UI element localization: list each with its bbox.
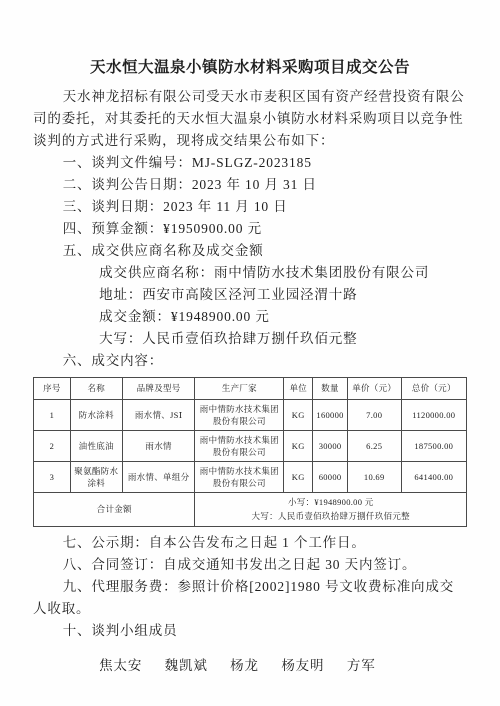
clause-notice-date: 二、谈判公告日期：2023 年 10 月 31 日 — [33, 174, 467, 196]
col-header-total-price: 总价（元） — [401, 378, 466, 400]
clause-content-heading: 六、成交内容： — [33, 350, 467, 372]
cell-unit-price: 10.69 — [347, 462, 401, 493]
cell-manufacturer: 雨中情防水技术集团股份有限公司 — [195, 400, 284, 431]
cell-total-price: 1120000.00 — [401, 400, 466, 431]
panel-member: 杨友明 — [281, 658, 324, 673]
cell-quantity: 30000 — [313, 431, 348, 462]
deal-amount-words: 大写：人民币壹佰玖拾肆万捌仟玖佰元整 — [33, 328, 467, 350]
table-header-row: 序号 名称 品牌及型号 生产厂家 单位 数量 单价（元） 总价（元） — [34, 378, 467, 400]
cell-manufacturer: 雨中情防水技术集团股份有限公司 — [195, 462, 284, 493]
col-header-index: 序号 — [34, 378, 71, 400]
cell-name: 聚氨酯防水涂料 — [70, 462, 122, 493]
clause-panel-heading: 十、谈判小组成员 — [33, 620, 467, 642]
cell-quantity: 60000 — [313, 462, 348, 493]
cell-total-price: 641400.00 — [401, 462, 466, 493]
panel-member: 魏凯斌 — [165, 658, 208, 673]
cell-index: 3 — [34, 462, 71, 493]
document-page: 天水恒大温泉小镇防水材料采购项目成交公告 天水神龙招标有限公司受天水市麦积区国有… — [0, 0, 500, 706]
total-amounts-lines: 小写：¥1948900.00 元 大写：人民币壹佰玖拾肆万捌仟玖佰元整 — [197, 495, 464, 524]
supplier-name: 成交供应商名称：雨中情防水技术集团股份有限公司 — [33, 262, 467, 284]
cell-unit: KG — [284, 400, 313, 431]
total-label: 合计金额 — [34, 493, 195, 527]
total-amount-figures: 小写：¥1948900.00 元 — [197, 495, 464, 509]
document-body: 天水神龙招标有限公司受天水市麦积区国有资产经营投资有限公司的委托，对其委托的天水… — [33, 86, 467, 677]
panel-member: 方军 — [347, 658, 376, 673]
supplier-address: 地址：西安市高陵区泾河工业园泾渭十路 — [33, 284, 467, 306]
table-row: 3 聚氨酯防水涂料 雨水情、单组分 雨中情防水技术集团股份有限公司 KG 600… — [34, 462, 467, 493]
cell-index: 1 — [34, 400, 71, 431]
cell-manufacturer: 雨中情防水技术集团股份有限公司 — [195, 431, 284, 462]
cell-total-price: 187500.00 — [401, 431, 466, 462]
clause-supplier-heading: 五、成交供应商名称及成交金额 — [33, 240, 467, 262]
panel-member: 焦太安 — [99, 658, 142, 673]
cell-unit-price: 7.00 — [347, 400, 401, 431]
panel-member: 杨龙 — [230, 658, 259, 673]
clause-negotiation-date: 三、谈判日期：2023 年 11 月 10 日 — [33, 196, 467, 218]
clause-budget-amount: 四、预算金额：¥1950900.00 元 — [33, 218, 467, 240]
clause-publicity-period: 七、公示期：自本公告发布之日起 1 个工作日。 — [33, 532, 467, 554]
deal-amount: 成交金额：¥1948900.00 元 — [33, 306, 467, 328]
page-title: 天水恒大温泉小镇防水材料采购项目成交公告 — [33, 57, 467, 79]
cell-name: 防水涂料 — [70, 400, 122, 431]
total-amount-words: 大写：人民币壹佰玖拾肆万捌仟玖佰元整 — [197, 509, 464, 523]
table-total-row: 合计金额 小写：¥1948900.00 元 大写：人民币壹佰玖拾肆万捌仟玖佰元整 — [34, 493, 467, 527]
clause-agency-fee: 九、代理服务费：参照计价格[2002]1980 号文收费标准向成交人收取。 — [33, 576, 467, 620]
deal-items-table: 序号 名称 品牌及型号 生产厂家 单位 数量 单价（元） 总价（元） 1 防水涂… — [33, 377, 467, 527]
clause-doc-number: 一、谈判文件编号：MJ-SLGZ-2023185 — [33, 152, 467, 174]
cell-brand: 雨水情 — [122, 431, 195, 462]
cell-unit-price: 6.25 — [347, 431, 401, 462]
cell-brand: 雨水情、JSⅠ — [122, 400, 195, 431]
cell-index: 2 — [34, 431, 71, 462]
cell-name: 油性底油 — [70, 431, 122, 462]
col-header-quantity: 数量 — [313, 378, 348, 400]
col-header-brand: 品牌及型号 — [122, 378, 195, 400]
cell-quantity: 160000 — [313, 400, 348, 431]
table-row: 2 油性底油 雨水情 雨中情防水技术集团股份有限公司 KG 30000 6.25… — [34, 431, 467, 462]
cell-brand: 雨水情、单组分 — [122, 462, 195, 493]
col-header-manufacturer: 生产厂家 — [195, 378, 284, 400]
col-header-unit: 单位 — [284, 378, 313, 400]
total-amounts: 小写：¥1948900.00 元 大写：人民币壹佰玖拾肆万捌仟玖佰元整 — [195, 493, 467, 527]
panel-members-line: 焦太安 魏凯斌 杨龙 杨友明 方军 — [33, 655, 467, 677]
cell-unit: KG — [284, 462, 313, 493]
col-header-name: 名称 — [70, 378, 122, 400]
clause-contract-signing: 八、合同签订：自成交通知书发出之日起 30 天内签订。 — [33, 554, 467, 576]
cell-unit: KG — [284, 431, 313, 462]
table-row: 1 防水涂料 雨水情、JSⅠ 雨中情防水技术集团股份有限公司 KG 160000… — [34, 400, 467, 431]
col-header-unit-price: 单价（元） — [347, 378, 401, 400]
intro-paragraph: 天水神龙招标有限公司受天水市麦积区国有资产经营投资有限公司的委托，对其委托的天水… — [33, 86, 467, 152]
